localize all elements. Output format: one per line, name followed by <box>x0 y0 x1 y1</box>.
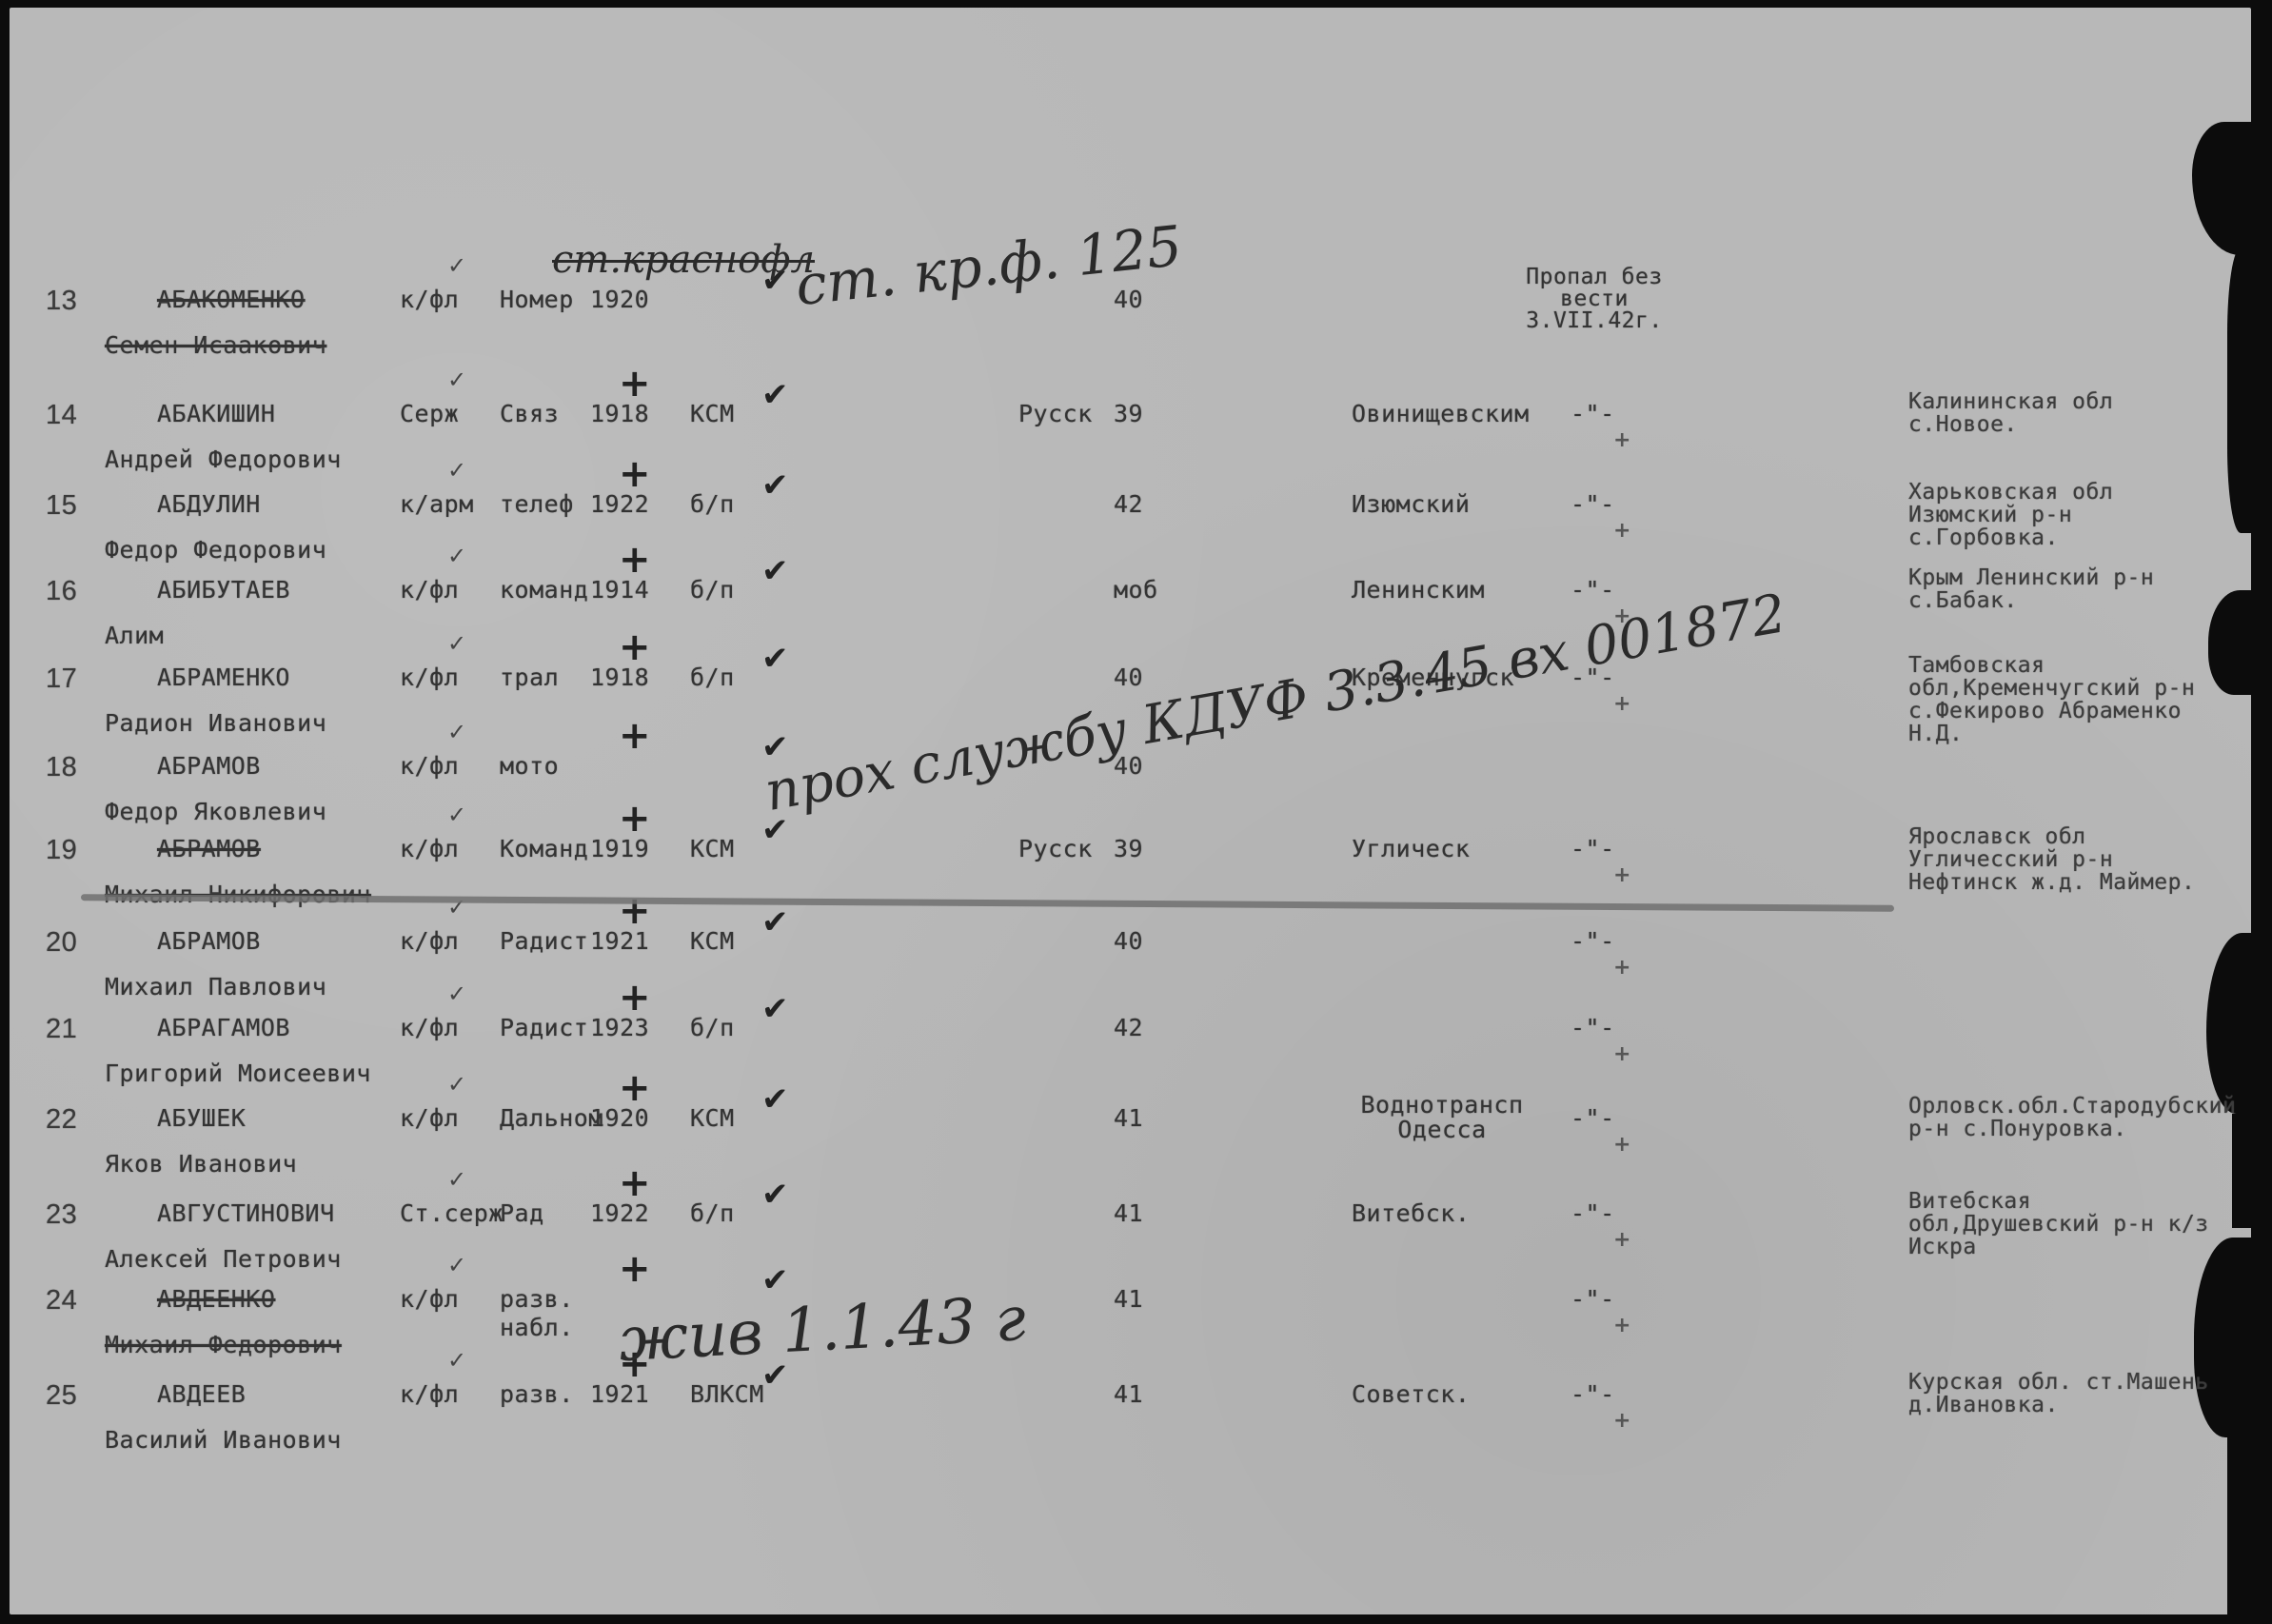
specialty: Дальном <box>500 1104 603 1132</box>
check-mark: ✔ <box>761 903 789 941</box>
cross-mark: + <box>1613 1133 1630 1157</box>
row-number: 22 <box>46 1104 77 1136</box>
status: -"- <box>1571 1380 1615 1408</box>
row-number: 13 <box>46 286 77 317</box>
surname: АВДЕЕВ <box>157 1380 246 1408</box>
given-name: Семен Исаакович <box>105 331 326 359</box>
status: -"- <box>1571 490 1615 518</box>
tick-mark: ✓ <box>447 1166 466 1193</box>
given-name: Яков Иванович <box>105 1150 297 1178</box>
surname: АБАКИШИН <box>157 400 275 427</box>
conscription-place: Ленинским <box>1352 576 1485 604</box>
specialty: мото <box>500 752 559 780</box>
check-mark: ✔ <box>761 1176 789 1214</box>
surname: АБРАМОВ <box>157 835 261 862</box>
given-name: Радион Иванович <box>105 709 326 737</box>
rank: Ст.серж <box>400 1199 504 1227</box>
conscription-place: Витебск. <box>1352 1199 1470 1227</box>
cross-mark: + <box>1613 1042 1630 1066</box>
given-name: Федор Федорович <box>105 536 326 564</box>
tick-mark: ✓ <box>447 719 466 745</box>
status: -"- <box>1571 400 1615 427</box>
cross-mark: + <box>1613 863 1630 887</box>
cross-mark: + <box>1613 1228 1630 1252</box>
given-name: Михаил Павлович <box>105 973 326 1000</box>
rank: к/фл <box>400 835 459 862</box>
call-up-year: 41 <box>1114 1380 1143 1408</box>
surname: АБИБУТАЕВ <box>157 576 290 604</box>
cross-mark: + <box>619 362 651 406</box>
party-membership: б/п <box>690 490 735 518</box>
party-membership: КСМ <box>690 400 735 427</box>
specialty: телеф <box>500 490 574 518</box>
given-name: Григорий Моисеевич <box>105 1060 371 1087</box>
surname: АВГУСТИНОВИЧ <box>157 1199 335 1227</box>
tick-mark: ✓ <box>447 802 466 828</box>
call-up-year: 40 <box>1114 663 1143 691</box>
call-up-year: 41 <box>1114 1104 1143 1132</box>
home-address: Витебская обл,Друшевский р-н к/з Искра <box>1908 1190 2223 1258</box>
tick-mark: ✓ <box>447 1252 466 1278</box>
specialty: Команд <box>500 835 588 862</box>
specialty: Рад <box>500 1199 544 1227</box>
given-name: Алексей Петрович <box>105 1245 342 1273</box>
cross-mark: + <box>619 797 651 841</box>
surname: АБРАМЕНКО <box>157 663 290 691</box>
cross-mark: + <box>619 889 651 933</box>
check-mark: ✔ <box>761 376 789 414</box>
handwritten-note-struck: ст.краснофл <box>552 238 815 282</box>
row-number: 21 <box>46 1014 77 1045</box>
row-number: 25 <box>46 1380 77 1412</box>
call-up-year: 42 <box>1114 1014 1143 1041</box>
conscription-place: Воднотрансп Одесса <box>1352 1093 1532 1142</box>
party-membership: б/п <box>690 663 735 691</box>
surname: АБРАГАМОВ <box>157 1014 290 1041</box>
cross-mark: + <box>1613 428 1630 452</box>
rank: к/фл <box>400 576 459 604</box>
party-membership: ВЛКСМ <box>690 1380 764 1408</box>
call-up-year: 41 <box>1114 1285 1143 1313</box>
given-name: Михаил Федорович <box>105 1331 342 1358</box>
party-membership: КСМ <box>690 927 735 955</box>
cross-mark: + <box>619 538 651 582</box>
surname: АБДУЛИН <box>157 490 261 518</box>
rank: к/фл <box>400 752 459 780</box>
nationality: Русск <box>1018 400 1093 427</box>
rank: Серж <box>400 400 459 427</box>
home-address: Харьковская обл Изюмский р-н с.Горбовка. <box>1908 481 2223 549</box>
row-number: 17 <box>46 663 77 695</box>
tick-mark: ✓ <box>447 980 466 1007</box>
tick-mark: ✓ <box>447 630 466 657</box>
specialty: разв. набл. <box>500 1285 604 1342</box>
cross-mark: + <box>619 1247 651 1291</box>
row-number: 15 <box>46 490 77 522</box>
specialty: трал <box>500 663 559 691</box>
call-up-year: 39 <box>1114 835 1143 862</box>
cross-mark: + <box>1613 692 1630 716</box>
call-up-year: 42 <box>1114 490 1143 518</box>
cross-mark: + <box>1613 1409 1630 1433</box>
check-mark: ✔ <box>761 990 789 1028</box>
cross-mark: + <box>1613 1314 1630 1337</box>
home-address: Курская обл. ст.Машень д.Ивановка. <box>1908 1371 2223 1416</box>
row-number: 16 <box>46 576 77 607</box>
torn-edge <box>2227 248 2272 533</box>
status: -"- <box>1571 835 1615 862</box>
cross-mark: + <box>1613 519 1630 543</box>
home-address: Орловск.обл.Стародубский р-н с.Понуровка… <box>1908 1095 2223 1140</box>
party-membership: б/п <box>690 576 735 604</box>
cross-mark: + <box>619 1066 651 1110</box>
rank: к/фл <box>400 1104 459 1132</box>
status: -"- <box>1571 576 1615 604</box>
check-mark: ✔ <box>761 552 789 590</box>
status: Пропал без вести 3.VII.42г. <box>1499 267 1689 332</box>
party-membership: КСМ <box>690 835 735 862</box>
specialty: Номер <box>500 286 574 313</box>
rank: к/фл <box>400 286 459 313</box>
check-mark: ✔ <box>761 1080 789 1119</box>
row-number: 24 <box>46 1285 77 1317</box>
surname: АБРАМОВ <box>157 927 261 955</box>
given-name: Андрей Федорович <box>105 446 342 473</box>
party-membership: б/п <box>690 1014 735 1041</box>
surname: АБАКОМЕНКО <box>157 286 306 313</box>
rank: к/фл <box>400 1380 459 1408</box>
home-address: Ярославск обл Угличесский р-н Нефтинск ж… <box>1908 825 2223 894</box>
call-up-year: моб <box>1114 576 1158 604</box>
given-name: Алим <box>105 622 164 649</box>
conscription-place: Советск. <box>1352 1380 1470 1408</box>
call-up-year: 40 <box>1114 286 1143 313</box>
torn-edge <box>2206 933 2272 1114</box>
status: -"- <box>1571 927 1615 955</box>
party-membership: КСМ <box>690 1104 735 1132</box>
call-up-year: 39 <box>1114 400 1143 427</box>
surname: АБУШЕК <box>157 1104 246 1132</box>
birth-year: 1920 <box>590 286 649 313</box>
rank: к/фл <box>400 927 459 955</box>
specialty: разв. <box>500 1380 574 1408</box>
check-mark: ✔ <box>761 466 789 505</box>
home-address: Крым Ленинский р-н с.Бабак. <box>1908 566 2223 612</box>
given-name: Василий Иванович <box>105 1426 342 1454</box>
specialty: Связ <box>500 400 559 427</box>
cross-mark: + <box>619 1161 651 1205</box>
specialty: Радист <box>500 1014 588 1041</box>
party-membership: б/п <box>690 1199 735 1227</box>
rank: к/арм <box>400 490 474 518</box>
row-number: 23 <box>46 1199 77 1231</box>
call-up-year: 41 <box>1114 1199 1143 1227</box>
tick-mark: ✓ <box>447 457 466 484</box>
tick-mark: ✓ <box>447 1347 466 1374</box>
home-address: Калининская обл с.Новое. <box>1908 390 2223 436</box>
status: -"- <box>1571 1014 1615 1041</box>
cross-mark: + <box>619 976 651 1020</box>
home-address: Тамбовская обл,Кременчугский р-н с.Фекир… <box>1908 654 2223 745</box>
torn-edge <box>2232 1114 2272 1228</box>
tick-mark: ✓ <box>447 366 466 393</box>
conscription-place: Овинищевским <box>1352 400 1530 427</box>
rank: к/фл <box>400 663 459 691</box>
status: -"- <box>1571 1285 1615 1313</box>
tick-mark: ✓ <box>447 1071 466 1098</box>
nationality: Русск <box>1018 835 1093 862</box>
cross-mark: + <box>1613 956 1630 980</box>
status: -"- <box>1571 1199 1615 1227</box>
row-number: 20 <box>46 927 77 959</box>
cross-mark: + <box>619 714 651 758</box>
surname: АБРАМОВ <box>157 752 261 780</box>
rank: к/фл <box>400 1014 459 1041</box>
check-mark: ✔ <box>761 640 789 678</box>
check-mark: ✔ <box>761 1261 789 1299</box>
given-name: Федор Яковлевич <box>105 798 326 825</box>
conscription-place: Углическ <box>1352 835 1470 862</box>
specialty: Радист <box>500 927 588 955</box>
row-number: 14 <box>46 400 77 431</box>
status: -"- <box>1571 1104 1615 1132</box>
tick-mark: ✓ <box>447 252 466 279</box>
cross-mark: + <box>619 452 651 496</box>
tick-mark: ✓ <box>447 543 466 569</box>
conscription-place: Изюмский <box>1352 490 1470 518</box>
rank: к/фл <box>400 1285 459 1313</box>
torn-edge <box>2227 1428 2272 1624</box>
call-up-year: 40 <box>1114 927 1143 955</box>
row-number: 19 <box>46 835 77 866</box>
cross-mark: + <box>619 625 651 669</box>
specialty: команд <box>500 576 588 604</box>
row-number: 18 <box>46 752 77 783</box>
surname: АВДЕЕНКО <box>157 1285 275 1313</box>
